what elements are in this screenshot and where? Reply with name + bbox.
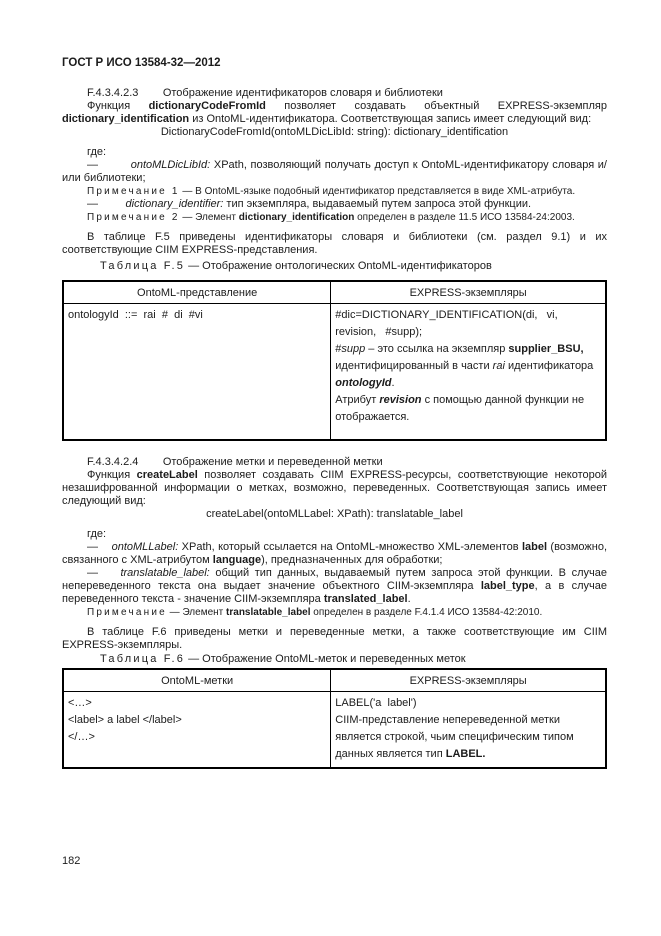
table-cell-line: <…> — [68, 695, 326, 712]
table-f6: OntoML-метки EXPRESS-экземпляры <…> <lab… — [62, 668, 607, 769]
where-label: где: — [62, 528, 607, 541]
table-cell-line: <label> a label </label> — [68, 712, 326, 729]
table-f5-header-row: OntoML-представление EXPRESS-экземпляры — [63, 281, 606, 304]
table-f6-col-header-ontoml: OntoML-метки — [63, 669, 331, 692]
where-label: где: — [62, 146, 607, 159]
table-cell-line: отображается. — [335, 409, 601, 426]
section-f4-3-4-2-3: F.4.3.4.2.3 Отображение идентификаторов … — [62, 87, 607, 441]
table-cell-line: данных является тип LABEL. — [335, 746, 601, 763]
section-f4-3-4-2-4: F.4.3.4.2.4 Отображение метки и переведе… — [62, 456, 607, 769]
table-ref-paragraph: В таблице F.6 приведены метки и переведе… — [62, 626, 607, 652]
table-cell-line: идентифицированный в части rai идентифик… — [335, 358, 601, 375]
document-header: ГОСТ Р ИСО 13584-32—2012 — [62, 56, 607, 70]
page-content: ГОСТ Р ИСО 13584-32—2012 F.4.3.4.2.3 Ото… — [62, 56, 607, 769]
table-f5-cell-ontoml: ontologyId ::= rai # di #vi — [63, 304, 331, 441]
note-1: Примечание 1 — В OntoML-языке подобный и… — [62, 186, 607, 197]
table-ref-paragraph: В таблице F.5 приведены идентификаторы с… — [62, 231, 607, 257]
list-item-translatable-label: — translatable_label: общий тип данных, … — [62, 567, 607, 606]
table-f5-data-row: ontologyId ::= rai # di #vi #dic=DICTION… — [63, 304, 606, 441]
formula-line: createLabel(ontoMLLabel: XPath): transla… — [62, 508, 607, 521]
table-cell-line: CIIM-представление непереведенной метки — [335, 712, 601, 729]
note: Примечание — Элемент translatable_label … — [62, 607, 607, 618]
list-item-ontomldiclibid: — ontoMLDicLibId: XPath, позволяющий пол… — [62, 159, 607, 185]
table-f6-header-row: OntoML-метки EXPRESS-экземпляры — [63, 669, 606, 692]
note-2: Примечание 2 — Элемент dictionary_identi… — [62, 212, 607, 223]
table-cell-line: revision, #supp); — [335, 324, 601, 341]
section-heading: F.4.3.4.2.3 Отображение идентификаторов … — [62, 87, 607, 100]
table-f6-cell-express: LABEL('a label') CIIM-представление непе… — [331, 692, 606, 769]
page-number: 182 — [62, 855, 80, 867]
table-f5-cell-express: #dic=DICTIONARY_IDENTIFICATION(di, vi, r… — [331, 304, 606, 441]
table-f5-col-header-ontoml: OntoML-представление — [63, 281, 331, 304]
table-f5-caption: Таблица F.5 — Отображение онтологических… — [62, 260, 607, 273]
formula-line: DictionaryCodeFromId(ontoMLDicLibId: str… — [62, 126, 607, 139]
table-f5-col-header-express: EXPRESS-экземпляры — [331, 281, 606, 304]
table-cell-line: #dic=DICTIONARY_IDENTIFICATION(di, vi, — [335, 307, 601, 324]
table-cell-line: </…> — [68, 729, 326, 746]
table-cell-line: ontologyId ::= rai # di #vi — [68, 307, 326, 324]
intro-paragraph: Функция dictionaryCodeFromId позволяет с… — [62, 100, 607, 126]
table-cell-line: #supp – это ссылка на экземпляр supplier… — [335, 341, 601, 358]
section-heading: F.4.3.4.2.4 Отображение метки и переведе… — [62, 456, 607, 469]
list-item-ontomllabel: — ontoMLLabel: XPath, который ссылается … — [62, 541, 607, 567]
table-cell-line: LABEL('a label') — [335, 695, 601, 712]
document-page: ГОСТ Р ИСО 13584-32—2012 F.4.3.4.2.3 Ото… — [0, 0, 661, 936]
table-cell-line: Атрибут revision с помощью данной функци… — [335, 392, 601, 409]
table-f6-data-row: <…> <label> a label </label> </…> LABEL(… — [63, 692, 606, 769]
intro-paragraph: Функция createLabel позволяет создавать … — [62, 469, 607, 508]
list-item-dictionary-identifier: — dictionary_identifier: тип экземпляра,… — [62, 198, 607, 211]
table-cell-line: ontologyId. — [335, 375, 601, 392]
table-f6-caption: Таблица F.6 — Отображение OntoML-меток и… — [62, 653, 607, 666]
table-f6-cell-ontoml: <…> <label> a label </label> </…> — [63, 692, 331, 769]
table-f5: OntoML-представление EXPRESS-экземпляры … — [62, 280, 607, 441]
table-cell-line: является строкой, чьим специфическим тип… — [335, 729, 601, 746]
table-f6-col-header-express: EXPRESS-экземпляры — [331, 669, 606, 692]
